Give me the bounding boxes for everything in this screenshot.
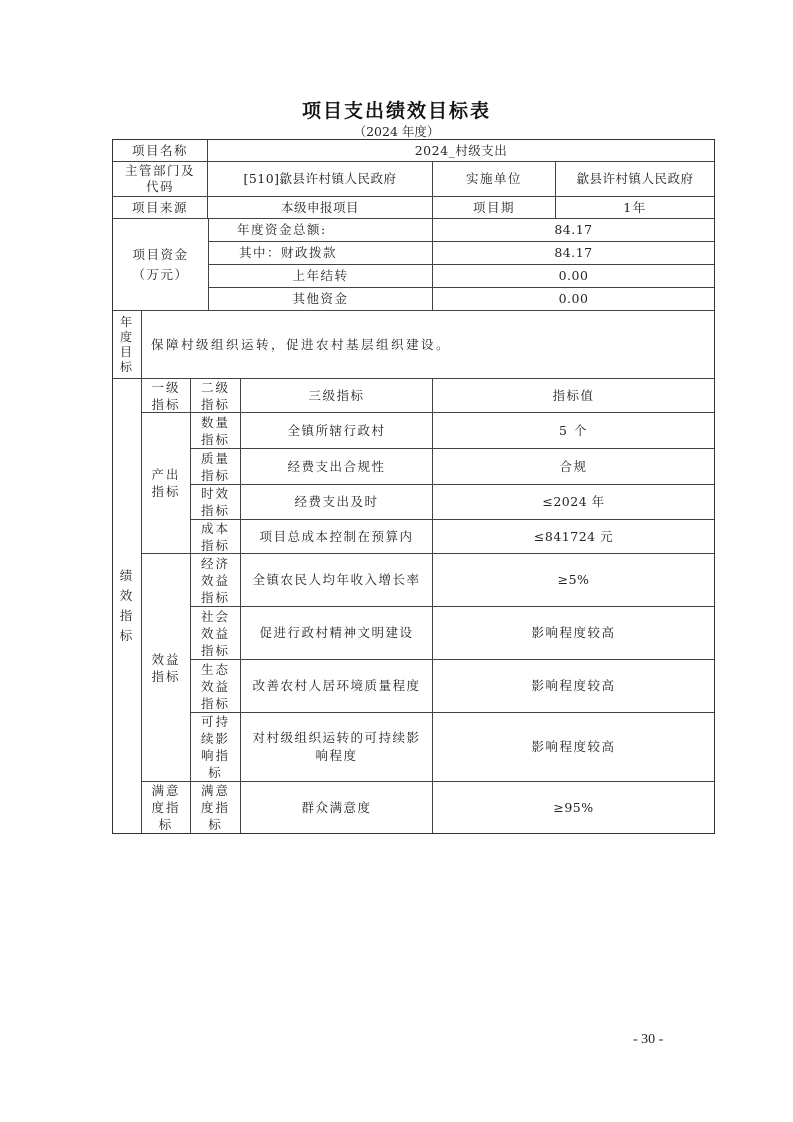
level2-cell: 满意 度指 标 [190, 781, 241, 834]
performance-label: 绩 效 指 标 [112, 378, 142, 834]
level3-cell: 改善农村人居环境质量程度 [240, 659, 433, 713]
funding-label: 项目资金 （万元） [112, 218, 209, 311]
document-title: 项目支出绩效目标表 [0, 96, 793, 123]
funding-fiscal-value: 84.17 [432, 241, 715, 265]
project-name-value: 2024_村级支出 [207, 139, 715, 162]
header-level1: 一级 指标 [141, 378, 191, 413]
value-cell: 影响程度较高 [432, 659, 715, 713]
value-cell: 合规 [432, 448, 715, 485]
document-subtitle: （2024 年度） [0, 122, 793, 140]
source-value: 本级申报项目 [207, 196, 433, 219]
period-label: 项目期 [432, 196, 556, 219]
funding-carryover-value: 0.00 [432, 264, 715, 288]
funding-other-value: 0.00 [432, 287, 715, 311]
funding-carryover-label: 上年结转 [208, 264, 433, 288]
value-cell: 影响程度较高 [432, 606, 715, 660]
level2-cell: 可持 续影 响指 标 [190, 712, 241, 782]
value-cell: ≥5% [432, 553, 715, 607]
funding-total-label: 年度资金总额: [208, 218, 433, 242]
level3-cell: 经费支出及时 [240, 484, 433, 520]
level3-cell: 项目总成本控制在预算内 [240, 519, 433, 554]
value-cell: ≤2024 年 [432, 484, 715, 520]
level3-cell: 经费支出合规性 [240, 448, 433, 485]
value-cell: ≥95% [432, 781, 715, 834]
level2-cell: 经济 效益 指标 [190, 553, 241, 607]
header-value: 指标值 [432, 378, 715, 413]
level2-cell: 成本 指标 [190, 519, 241, 554]
header-level3: 三级指标 [240, 378, 433, 413]
level2-cell: 社会 效益 指标 [190, 606, 241, 660]
level2-cell: 数量 指标 [190, 412, 241, 449]
page-number: - 30 - [633, 1032, 663, 1048]
department-value: [510]歙县许村镇人民政府 [207, 161, 433, 197]
level3-cell: 全镇农民人均年收入增长率 [240, 553, 433, 607]
level2-cell: 时效 指标 [190, 484, 241, 520]
level2-cell: 质量 指标 [190, 448, 241, 485]
value-cell: 影响程度较高 [432, 712, 715, 782]
funding-total-value: 84.17 [432, 218, 715, 242]
group-benefit-label: 效益 指标 [141, 553, 191, 782]
department-label: 主管部门及 代码 [112, 161, 208, 197]
annual-goal-text: 保障村级组织运转，促进农村基层组织建设。 [141, 310, 715, 379]
level2-cell: 生态 效益 指标 [190, 659, 241, 713]
source-label: 项目来源 [112, 196, 208, 219]
group-satisfaction-label: 满意 度指 标 [141, 781, 191, 834]
annual-goal-label: 年 度 目 标 [112, 310, 142, 379]
level3-cell: 群众满意度 [240, 781, 433, 834]
implementer-value: 歙县许村镇人民政府 [555, 161, 715, 197]
implementer-label: 实施单位 [432, 161, 556, 197]
funding-other-label: 其他资金 [208, 287, 433, 311]
level3-cell: 全镇所辖行政村 [240, 412, 433, 449]
level3-cell: 促进行政村精神文明建设 [240, 606, 433, 660]
group-output-label: 产出 指标 [141, 412, 191, 554]
value-cell: 5 个 [432, 412, 715, 449]
level3-cell: 对村级组织运转的可持续影 响程度 [240, 712, 433, 782]
period-value: 1年 [555, 196, 715, 219]
header-level2: 二级 指标 [190, 378, 241, 413]
funding-fiscal-label: 其中：财政拨款 [208, 241, 433, 265]
value-cell: ≤841724 元 [432, 519, 715, 554]
project-name-label: 项目名称 [112, 139, 208, 162]
